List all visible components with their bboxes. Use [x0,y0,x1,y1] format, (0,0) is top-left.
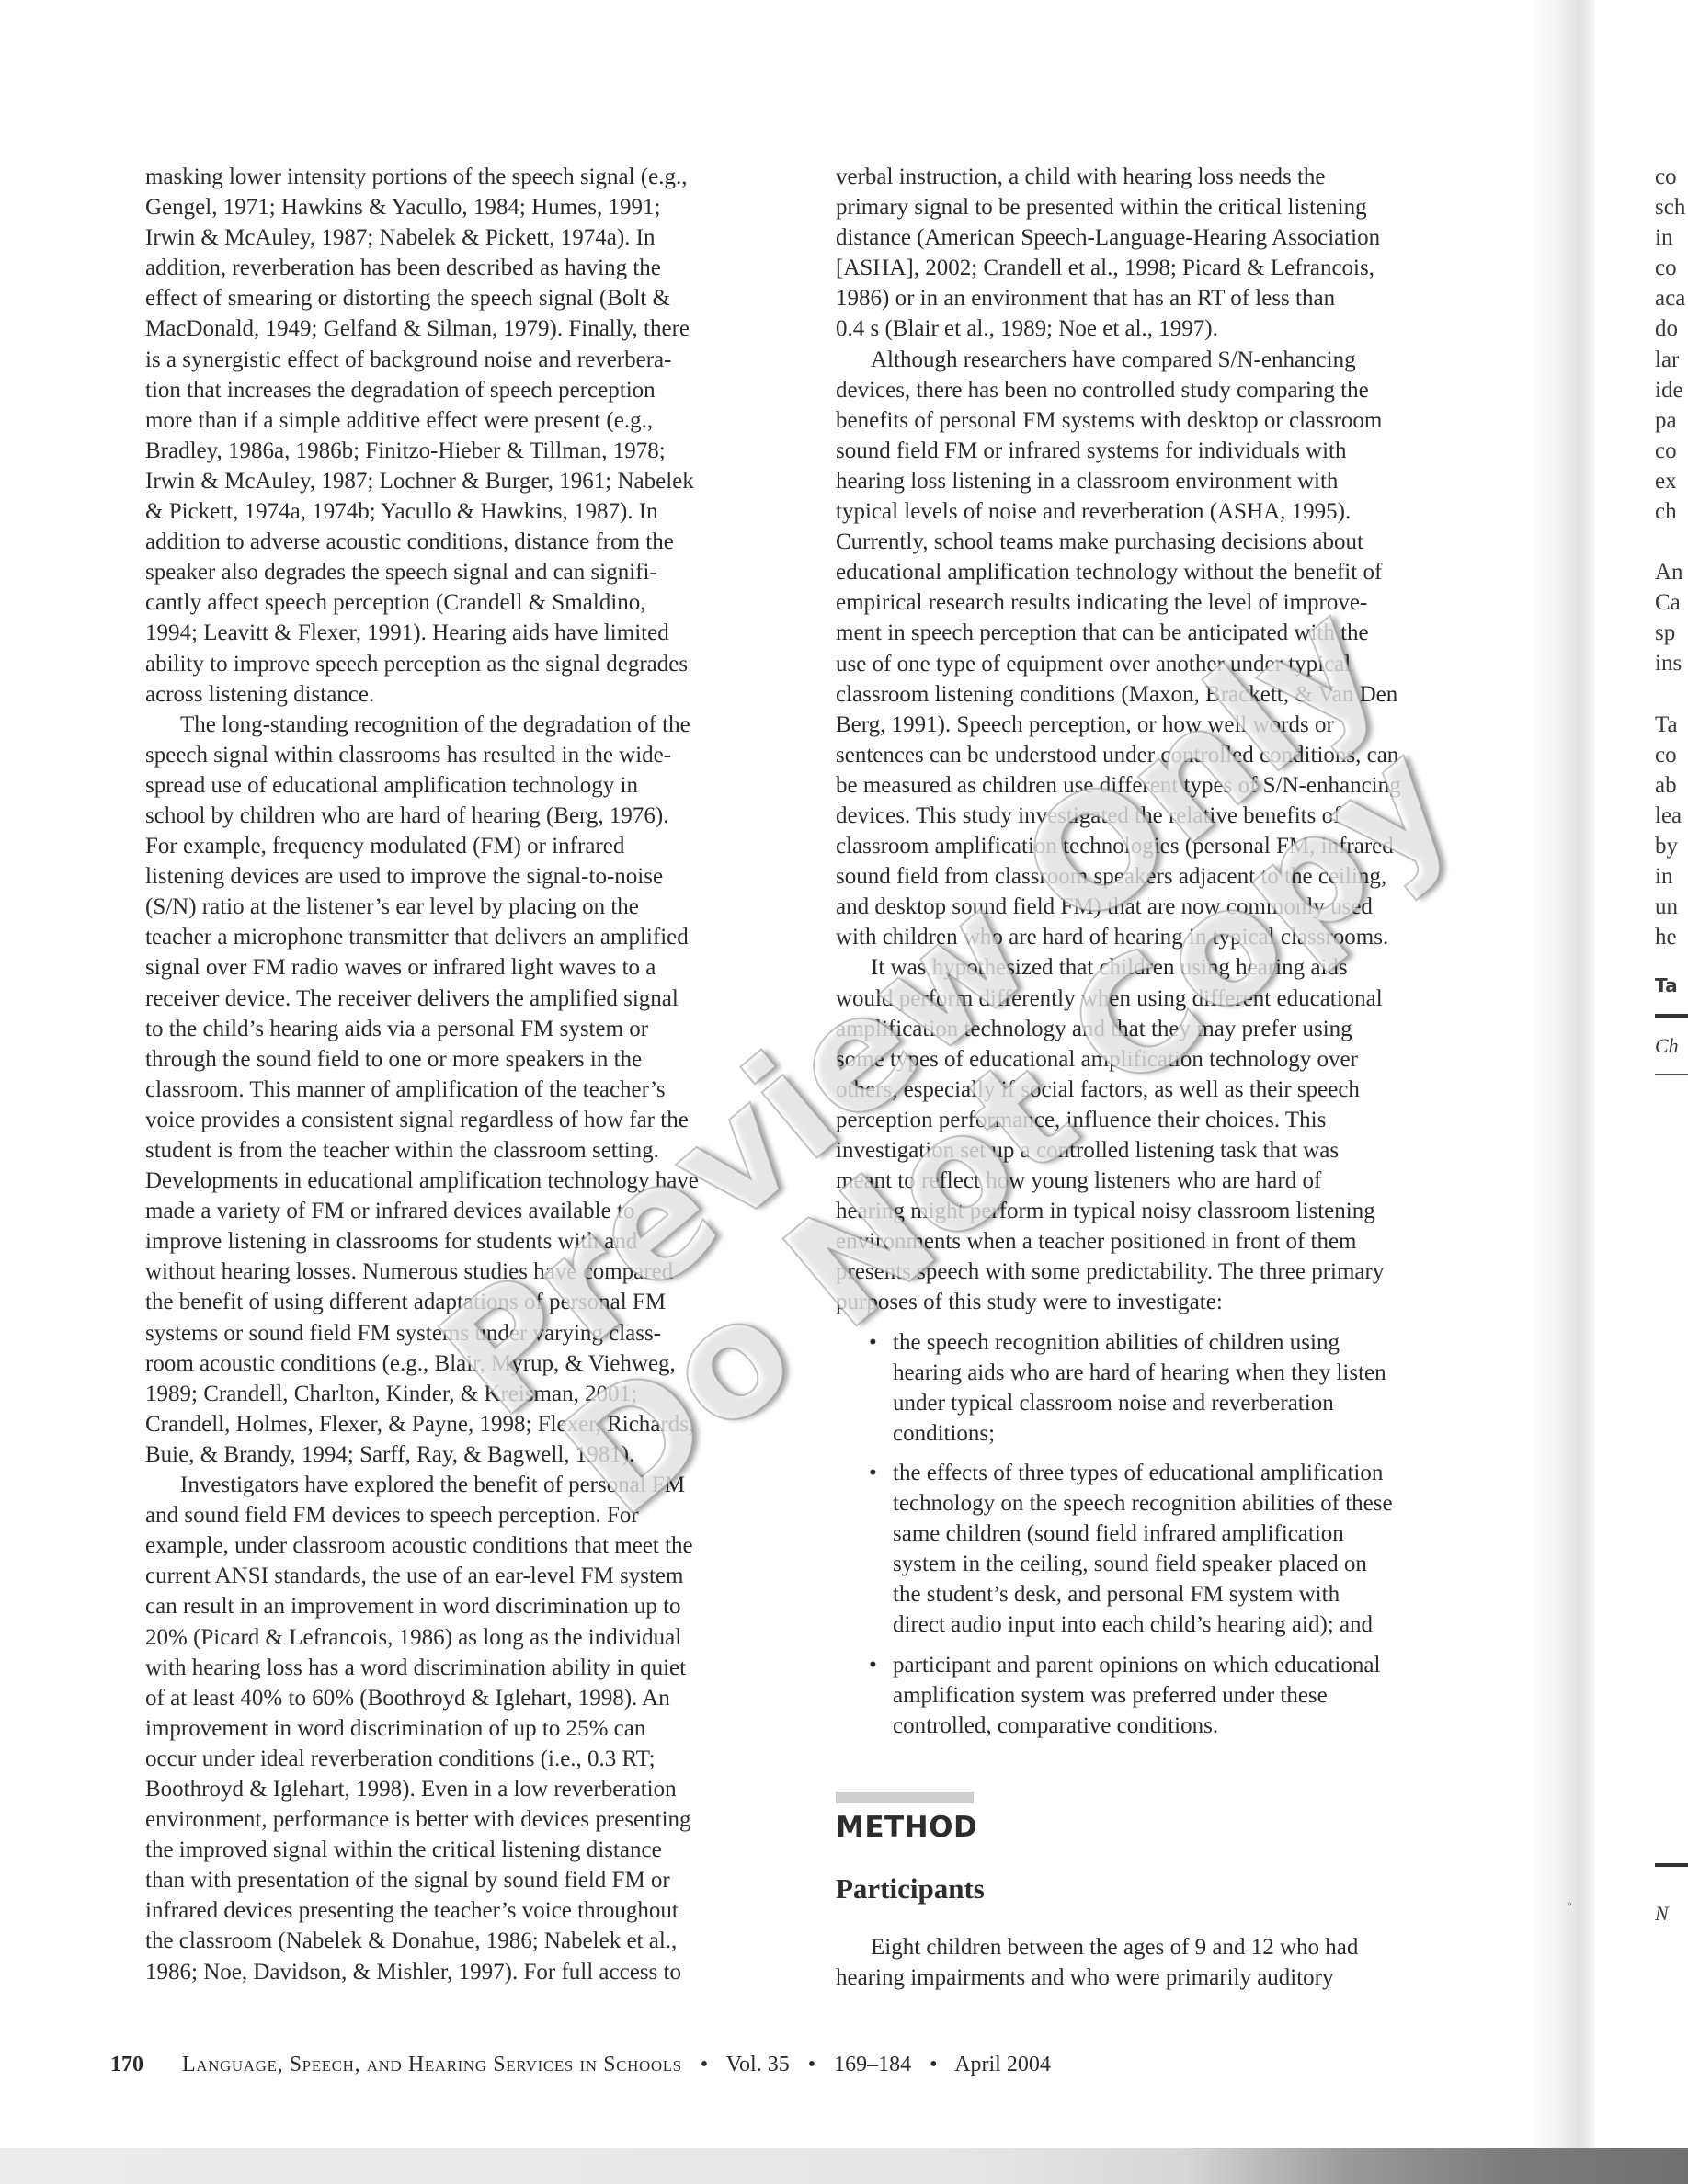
document-page: masking lower intensity portions of the … [0,0,1688,2184]
section-heading-method: METHOD [836,1811,977,1844]
text-line: Crandell, Holmes, Flexer, & Payne, 1998;… [145,1409,770,1439]
text-line: use of one type of equipment over anothe… [836,649,1507,679]
journal-title: Language, Speech, and Hearing Services i… [182,2053,682,2076]
text-line: speaker also degrades the speech signal … [145,557,770,587]
text-line: made a variety of FM or infrared devices… [145,1196,770,1226]
text-line: Boothroyd & Iglehart, 1998). Even in a l… [145,1774,770,1804]
fragment-line: co [1655,162,1688,192]
text-line: some types of educational amplification … [836,1044,1507,1075]
text-line: purposes of this study were to investiga… [836,1287,1507,1317]
text-line: empirical research results indicating th… [836,587,1507,618]
text-line: Bradley, 1986a, 1986b; Finitzo-Hieber & … [145,436,770,466]
text-line: across listening distance. [145,679,770,710]
fragment-line: he [1655,922,1688,952]
text-line: improve listening in classrooms for stud… [145,1226,770,1257]
fragment-line: ab [1655,770,1688,801]
participants-paragraph: Eight children between the ages of 9 and… [836,1932,1507,1993]
right-text-column: verbal instruction, a child with hearing… [836,162,1507,1750]
text-line: Berg, 1991). Speech perception, or how w… [836,710,1507,740]
bullet-icon: • [869,1650,877,1680]
fragment-line: N [1655,1898,1688,1928]
text-line: and sound field FM devices to speech per… [145,1500,770,1530]
fragment-line: by [1655,831,1688,861]
text-line: Buie, & Brandy, 1994; Sarff, Ray, & Bagw… [145,1439,770,1470]
text-line: is a synergistic effect of background no… [145,345,770,375]
text-line: and desktop sound field FM) that are now… [836,892,1507,922]
text-line: than with presentation of the signal by … [145,1865,770,1895]
fragment-line: ex [1655,466,1688,496]
book-fold-shadow [1531,0,1595,2148]
paragraph: Investigators have explored the benefit … [145,1470,770,1987]
bullet-icon: • [869,1458,877,1488]
purpose-list-item: •the speech recognition abilities of chi… [836,1327,1507,1449]
text-line: be measured as children use different ty… [836,770,1507,801]
fragment-line: ch [1655,496,1688,527]
text-line: verbal instruction, a child with hearing… [836,162,1507,192]
text-line: tion that increases the degradation of s… [145,375,770,405]
text-line: signal over FM radio waves or infrared l… [145,952,770,983]
text-line: (S/N) ratio at the listener’s ear level … [145,892,770,922]
text-line: Gengel, 1971; Hawkins & Yacullo, 1984; H… [145,192,770,222]
text-line: the improved signal within the critical … [145,1835,770,1865]
fragment-line: co [1655,253,1688,283]
text-line: Eight children between the ages of 9 and… [836,1932,1507,1962]
publication-date: April 2004 [954,2053,1051,2076]
text-line: voice provides a consistent signal regar… [145,1105,770,1135]
text-line: Irwin & McAuley, 1987; Lochner & Burger,… [145,466,770,496]
fragment-line: aca [1655,283,1688,313]
text-line: would perform differently when using dif… [836,984,1507,1014]
paragraph: It was hypothesized that children using … [836,952,1507,1317]
text-line: hearing loss listening in a classroom en… [836,466,1507,496]
text-line: Irwin & McAuley, 1987; Nabelek & Pickett… [145,222,770,253]
text-line: listening devices are used to improve th… [145,861,770,892]
text-line: 20% (Picard & Lefrancois, 1986) as long … [145,1622,770,1653]
text-line: the speech recognition abilities of chil… [893,1327,1507,1358]
next-page-fragment: coschincoacadolaridepacoexchAnCaspinsTac… [1655,162,1688,1929]
table-rule [1655,1014,1688,1018]
fragment-line: An [1655,557,1688,587]
text-line: 1994; Leavitt & Flexer, 1991). Hearing a… [145,618,770,648]
subsection-heading-participants: Participants [836,1872,985,1905]
purpose-list-item: •participant and parent opinions on whic… [836,1650,1507,1741]
bullet-icon: • [869,1327,877,1358]
text-line: ability to improve speech perception as … [145,649,770,679]
text-line: perception performance, influence their … [836,1105,1507,1135]
text-line: meant to reflect how young listeners who… [836,1166,1507,1196]
text-line: through the sound field to one or more s… [145,1044,770,1075]
text-line: classroom listening conditions (Maxon, B… [836,679,1507,710]
text-line: participant and parent opinions on which… [893,1650,1507,1680]
fragment-line: lea [1655,801,1688,831]
text-line: Investigators have explored the benefit … [145,1470,770,1500]
text-line: sound field FM or infrared systems for i… [836,436,1507,466]
purposes-list: •the speech recognition abilities of chi… [836,1327,1507,1741]
text-line: spread use of educational amplification … [145,770,770,801]
purpose-list-item: •the effects of three types of education… [836,1458,1507,1641]
text-line: the effects of three types of educationa… [893,1458,1507,1488]
text-line: infrared devices presenting the teacher’… [145,1895,770,1926]
text-line: systems or sound field FM systems under … [145,1318,770,1348]
text-line: educational amplification technology wit… [836,557,1507,587]
text-line: student is from the teacher within the c… [145,1135,770,1166]
text-line: Developments in educational amplificatio… [145,1166,770,1196]
text-line: MacDonald, 1949; Gelfand & Silman, 1979)… [145,313,770,344]
text-line: example, under classroom acoustic condit… [145,1530,770,1561]
fragment-line: Ca [1655,587,1688,618]
footer-separator: • [930,2053,937,2076]
scan-bottom-edge [0,2148,1688,2184]
page-range: 169–184 [834,2053,911,2076]
fragment-line: Ta [1655,710,1688,740]
text-line: hearing impairments and who were primari… [836,1962,1507,1993]
text-line: masking lower intensity portions of the … [145,162,770,192]
text-line: under typical classroom noise and reverb… [893,1388,1507,1418]
text-line: amplification system was preferred under… [893,1680,1507,1711]
text-line: 1986; Noe, Davidson, & Mishler, 1997). F… [145,1957,770,1987]
text-line: occur under ideal reverberation conditio… [145,1744,770,1774]
text-line: direct audio input into each child’s hea… [893,1610,1507,1640]
paragraph: masking lower intensity portions of the … [145,162,770,710]
text-line: improvement in word discrimination of up… [145,1713,770,1744]
table-rule [1655,1074,1688,1075]
text-line: 0.4 s (Blair et al., 1989; Noe et al., 1… [836,313,1507,344]
text-line: The long-standing recognition of the deg… [145,710,770,740]
text-line: sound field from classroom speakers adja… [836,861,1507,892]
text-line: room acoustic conditions (e.g., Blair, M… [145,1348,770,1379]
fragment-line: co [1655,436,1688,466]
text-line: & Pickett, 1974a, 1974b; Yacullo & Hawki… [145,496,770,527]
paragraph: The long-standing recognition of the deg… [145,710,770,1470]
text-line: speech signal within classrooms has resu… [145,740,770,770]
footer-separator: • [701,2053,708,2076]
text-line: current ANSI standards, the use of an ea… [145,1561,770,1591]
text-line: classroom. This manner of amplification … [145,1075,770,1105]
text-line: cantly affect speech perception (Crandel… [145,587,770,618]
text-line: same children (sound field infrared ampl… [893,1519,1507,1549]
text-line: amplification technology and that they m… [836,1014,1507,1044]
fragment-line: ins [1655,648,1688,678]
text-line: addition, reverberation has been describ… [145,253,770,283]
paragraph: verbal instruction, a child with hearing… [836,162,1507,345]
text-line: investigation set up a controlled listen… [836,1135,1507,1166]
footer-separator: • [808,2053,815,2076]
text-line: presents speech with some predictability… [836,1257,1507,1287]
text-line: typical levels of noise and reverberatio… [836,496,1507,527]
text-line: classroom amplification technologies (pe… [836,831,1507,861]
fragment-line: do [1655,313,1688,344]
fragment-line: Ch [1655,1030,1688,1061]
text-line: sentences can be understood under contro… [836,740,1507,770]
text-line: to the child’s hearing aids via a person… [145,1014,770,1044]
text-line: Although researchers have compared S/N-e… [836,345,1507,375]
text-line: receiver device. The receiver delivers t… [145,984,770,1014]
fragment-line: un [1655,892,1688,922]
fragment-line: ide [1655,375,1688,405]
text-line: For example, frequency modulated (FM) or… [145,831,770,861]
text-line: 1986) or in an environment that has an R… [836,283,1507,313]
text-line: teacher a microphone transmitter that de… [145,922,770,952]
scan-artifact: » [1567,1896,1572,1910]
text-line: conditions; [893,1418,1507,1449]
text-line: others, especially if social factors, as… [836,1075,1507,1105]
fragment-line: in [1655,861,1688,892]
text-line: controlled, comparative conditions. [893,1711,1507,1741]
fragment-line: pa [1655,405,1688,436]
text-line: devices. This study investigated the rel… [836,801,1507,831]
text-line: more than if a simple additive effect we… [145,405,770,436]
text-line: the benefit of using different adaptatio… [145,1287,770,1317]
fragment-line: sch [1655,192,1688,222]
text-line: of at least 40% to 60% (Boothroyd & Igle… [145,1683,770,1713]
text-line: 1989; Crandell, Charlton, Kinder, & Krei… [145,1379,770,1409]
text-line: ment in speech perception that can be an… [836,618,1507,648]
text-line: with children who are hard of hearing in… [836,922,1507,952]
text-line: the student’s desk, and personal FM syst… [893,1579,1507,1610]
text-line: Currently, school teams make purchasing … [836,527,1507,557]
fragment-line: lar [1655,345,1688,375]
text-line: can result in an improvement in word dis… [145,1591,770,1621]
text-line: without hearing losses. Numerous studies… [145,1257,770,1287]
text-line: environment, performance is better with … [145,1804,770,1835]
fragment-line: co [1655,740,1688,770]
text-line: [ASHA], 2002; Crandell et al., 1998; Pic… [836,253,1507,283]
text-line: distance (American Speech-Language-Heari… [836,222,1507,253]
text-line: devices, there has been no controlled st… [836,375,1507,405]
volume: Vol. 35 [726,2053,790,2076]
text-line: school by children who are hard of heari… [145,801,770,831]
text-line: hearing aids who are hard of hearing whe… [893,1358,1507,1388]
text-line: environments when a teacher positioned i… [836,1226,1507,1257]
text-line: with hearing loss has a word discriminat… [145,1653,770,1683]
fragment-line: Ta [1655,971,1688,1001]
text-line: the classroom (Nabelek & Donahue, 1986; … [145,1926,770,1956]
text-line: effect of smearing or distorting the spe… [145,283,770,313]
text-line: benefits of personal FM systems with des… [836,405,1507,436]
fragment-line: sp [1655,618,1688,648]
section-divider-bar [836,1792,974,1803]
page-footer: 170 Language, Speech, and Hearing Servic… [110,2053,1051,2077]
fragment-line: in [1655,222,1688,253]
paragraph: Although researchers have compared S/N-e… [836,345,1507,953]
text-line: hearing might perform in typical noisy c… [836,1196,1507,1226]
left-text-column: masking lower intensity portions of the … [145,162,770,1987]
page-number: 170 [110,2053,143,2076]
text-line: It was hypothesized that children using … [836,952,1507,983]
text-line: system in the ceiling, sound field speak… [893,1549,1507,1579]
text-line: technology on the speech recognition abi… [893,1488,1507,1519]
text-line: primary signal to be presented within th… [836,192,1507,222]
table-rule [1655,1863,1688,1867]
text-line: addition to adverse acoustic conditions,… [145,527,770,557]
